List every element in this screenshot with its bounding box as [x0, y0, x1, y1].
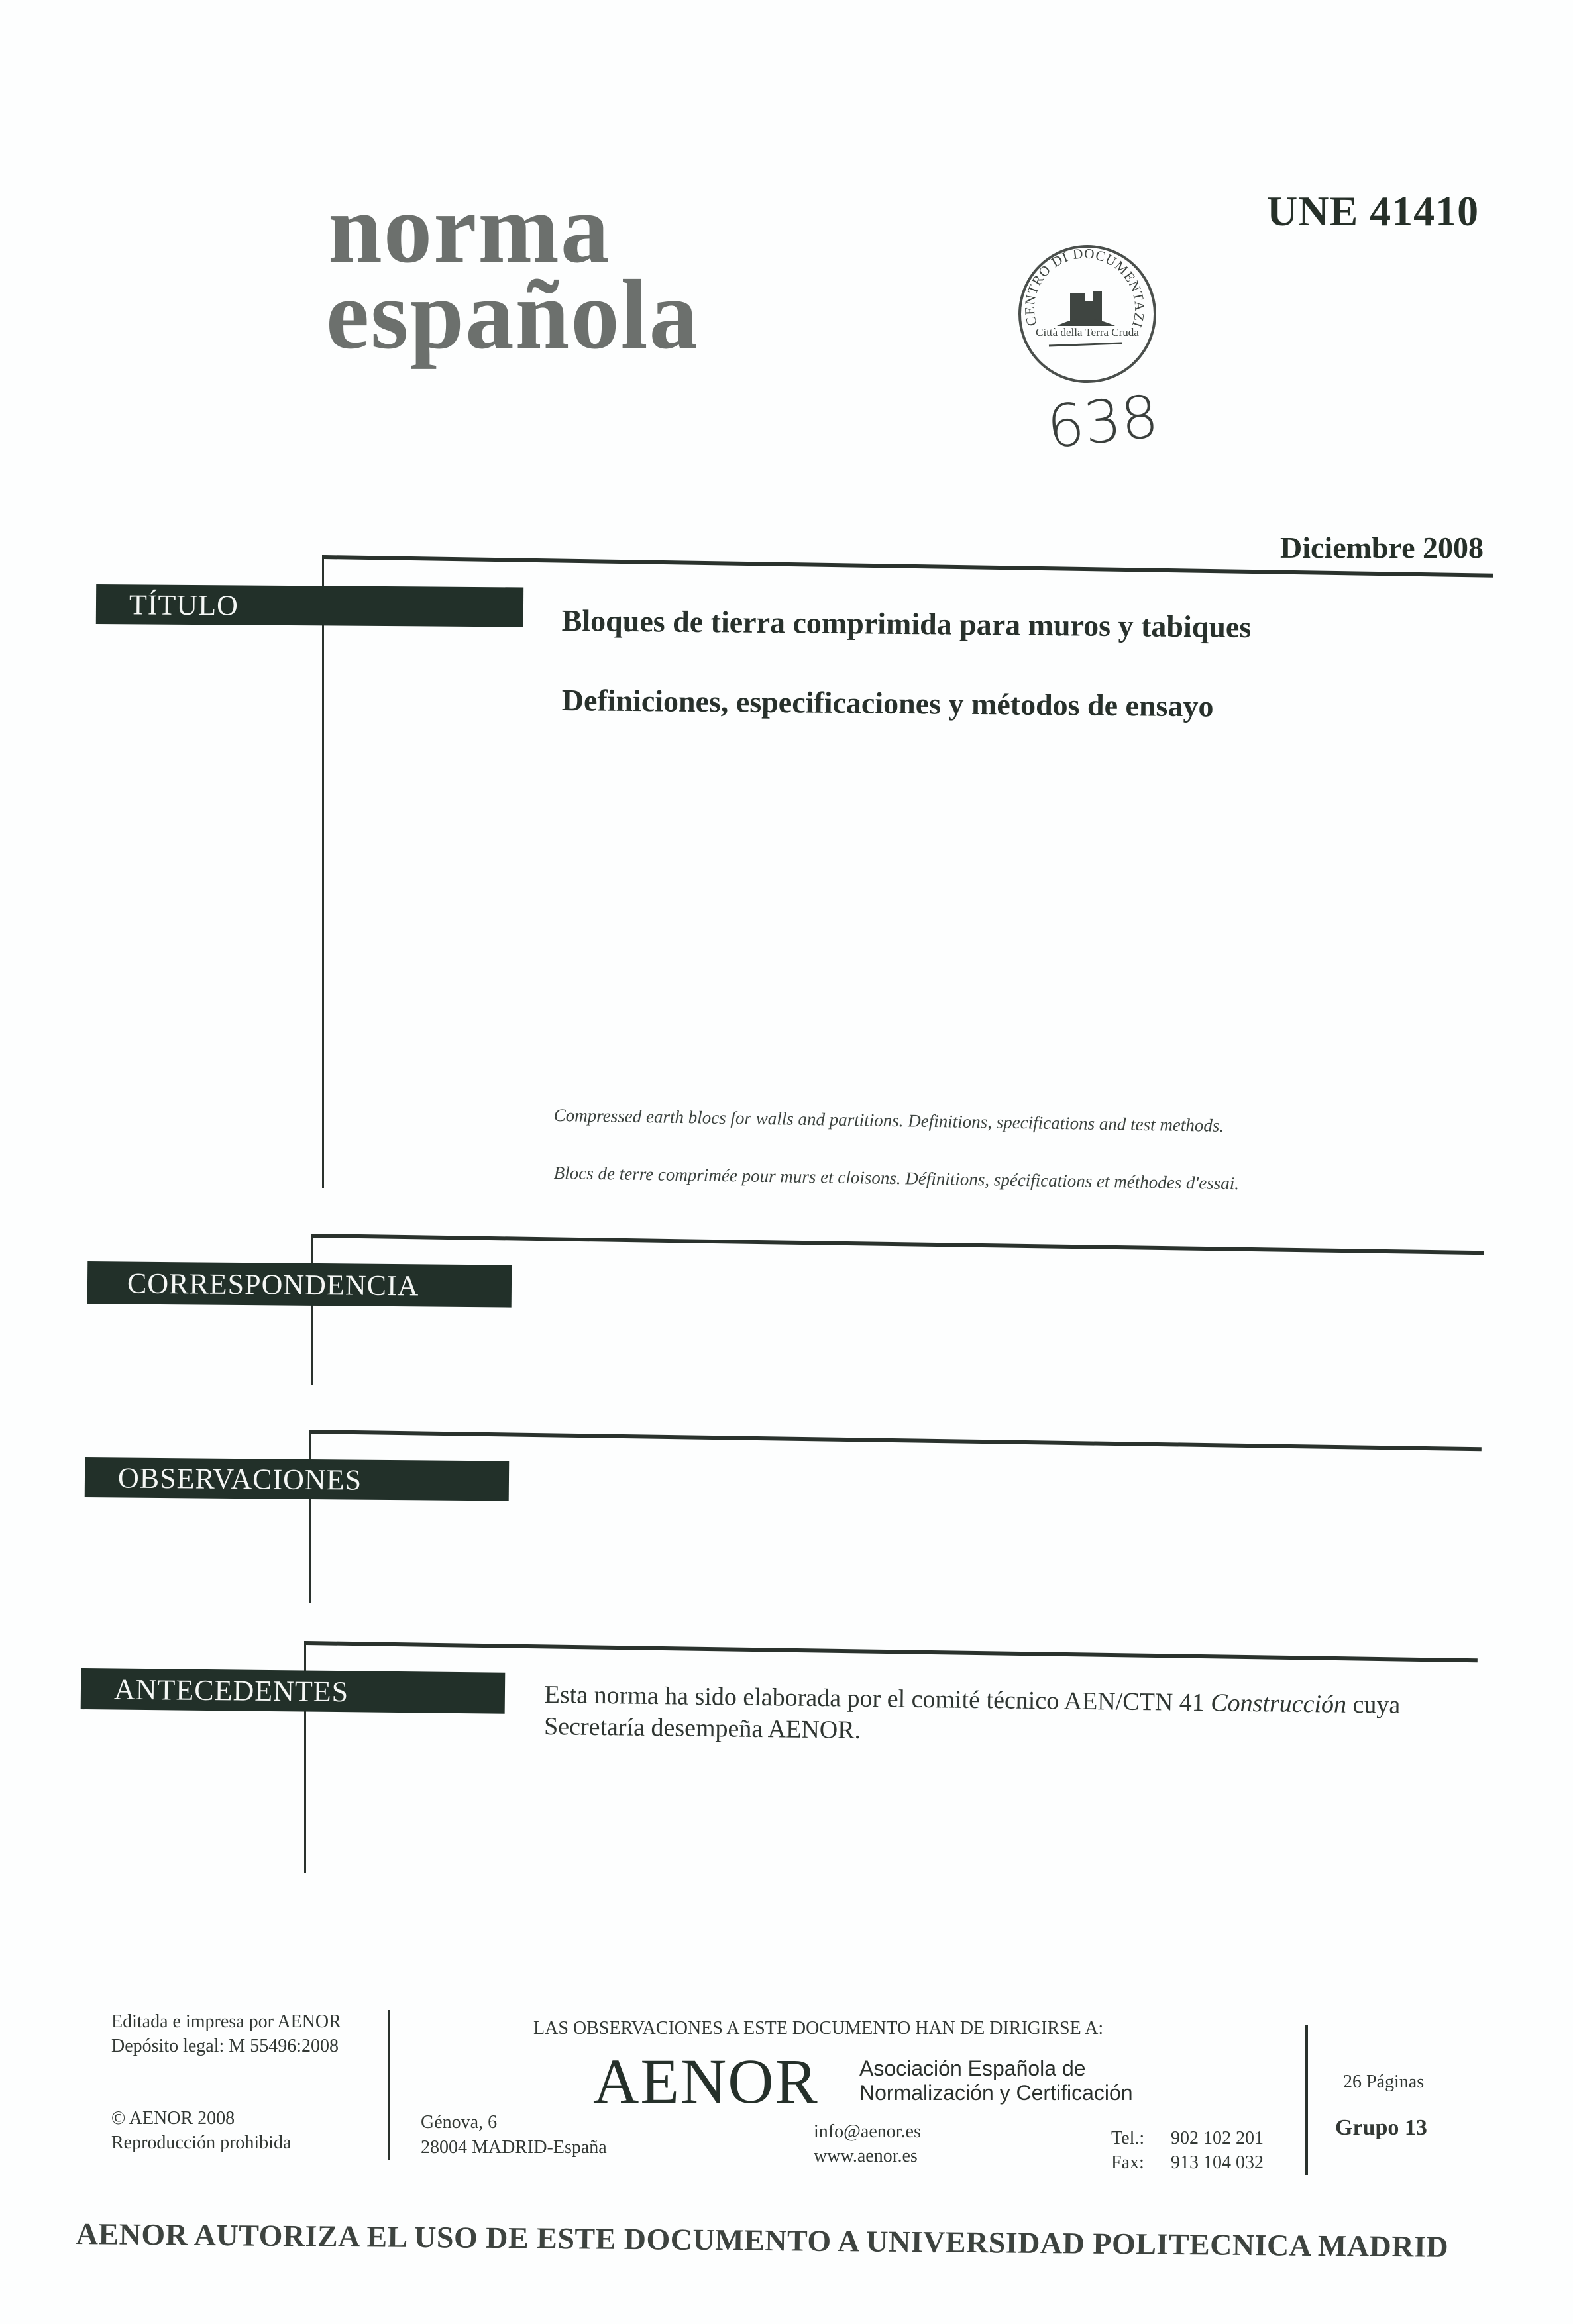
footer-fax-label: Fax: — [1111, 2151, 1144, 2175]
stamp-ring-text-icon: CENTRO DI DOCUMENTAZIONE — [1018, 245, 1151, 378]
footer-tel-label: Tel.: — [1111, 2127, 1144, 2150]
footer-address-line2: 28004 MADRID-España — [421, 2136, 607, 2160]
correspondencia-vertical-rule — [311, 1234, 313, 1385]
observaciones-top-rule — [310, 1430, 1482, 1451]
antecedentes-top-rule — [306, 1641, 1478, 1662]
documentation-center-stamp: CENTRO DI DOCUMENTAZIONE Città della Ter… — [1018, 245, 1156, 383]
handwritten-number: 638 — [1044, 382, 1162, 462]
castle-on-hill-icon — [1057, 291, 1115, 326]
footer-page-count: 26 Páginas — [1343, 2070, 1424, 2094]
footer-notice: LAS OBSERVACIONES A ESTE DOCUMENTO HAN D… — [533, 2017, 1103, 2040]
title-translation-english: Compressed earth blocs for walls and par… — [554, 1105, 1224, 1136]
footer-price-group: Grupo 13 — [1335, 2113, 1427, 2142]
antecedentes-text: Esta norma ha sido elaborada por el comi… — [544, 1679, 1479, 1754]
footer-divider-left — [388, 2010, 390, 2160]
footer-fax-value: 913 104 032 — [1171, 2151, 1264, 2175]
committee-name: Construcción — [1211, 1689, 1346, 1718]
section-label-observaciones: OBSERVACIONES — [85, 1457, 509, 1501]
section-label-correspondencia: CORRESPONDENCIA — [87, 1261, 512, 1308]
authorization-notice: AENOR AUTORIZA EL USO DE ESTE DOCUMENTO … — [76, 2216, 1448, 2264]
publication-date: Diciembre 2008 — [1280, 530, 1484, 565]
stamp-inner-text: Città della Terra Cruda — [1036, 326, 1139, 339]
correspondencia-top-rule — [313, 1234, 1484, 1255]
footer-tel-value: 902 102 201 — [1171, 2127, 1264, 2150]
aenor-org-line2: Normalización y Certificación — [859, 2081, 1133, 2105]
footer-address-line1: Génova, 6 — [421, 2111, 497, 2135]
footer-divider-right — [1305, 2025, 1308, 2175]
aenor-org-name: Asociación Española de Normalización y C… — [859, 2056, 1133, 2105]
document-title-line2: Definiciones, especificaciones y métodos… — [561, 682, 1213, 723]
antecedentes-text-part1: Esta norma ha sido elaborada por el comi… — [544, 1681, 1211, 1717]
section-label-antecedentes: ANTECEDENTES — [81, 1668, 506, 1714]
titulo-vertical-rule — [322, 555, 324, 1188]
aenor-logo: AENOR — [593, 2050, 819, 2113]
footer-copyright: © AENOR 2008 — [111, 2107, 235, 2131]
document-title-line1: Bloques de tierra comprimida para muros … — [561, 603, 1251, 645]
footer-edited-by: Editada e impresa por AENOR — [111, 2010, 341, 2034]
section-label-titulo: TÍTULO — [96, 584, 523, 627]
footer-website[interactable]: www.aenor.es — [814, 2144, 918, 2168]
footer-legal-deposit: Depósito legal: M 55496:2008 — [111, 2034, 339, 2058]
footer-reproduction: Reproducción prohibida — [111, 2131, 291, 2155]
brand-espanola: española — [326, 265, 699, 364]
footer-email[interactable]: info@aenor.es — [814, 2120, 921, 2144]
aenor-org-line1: Asociación Española de — [859, 2056, 1133, 2081]
standard-code: UNE 41410 — [1267, 187, 1479, 236]
title-translation-french: Blocs de terre comprimée pour murs et cl… — [554, 1163, 1240, 1194]
observaciones-vertical-rule — [309, 1430, 311, 1603]
